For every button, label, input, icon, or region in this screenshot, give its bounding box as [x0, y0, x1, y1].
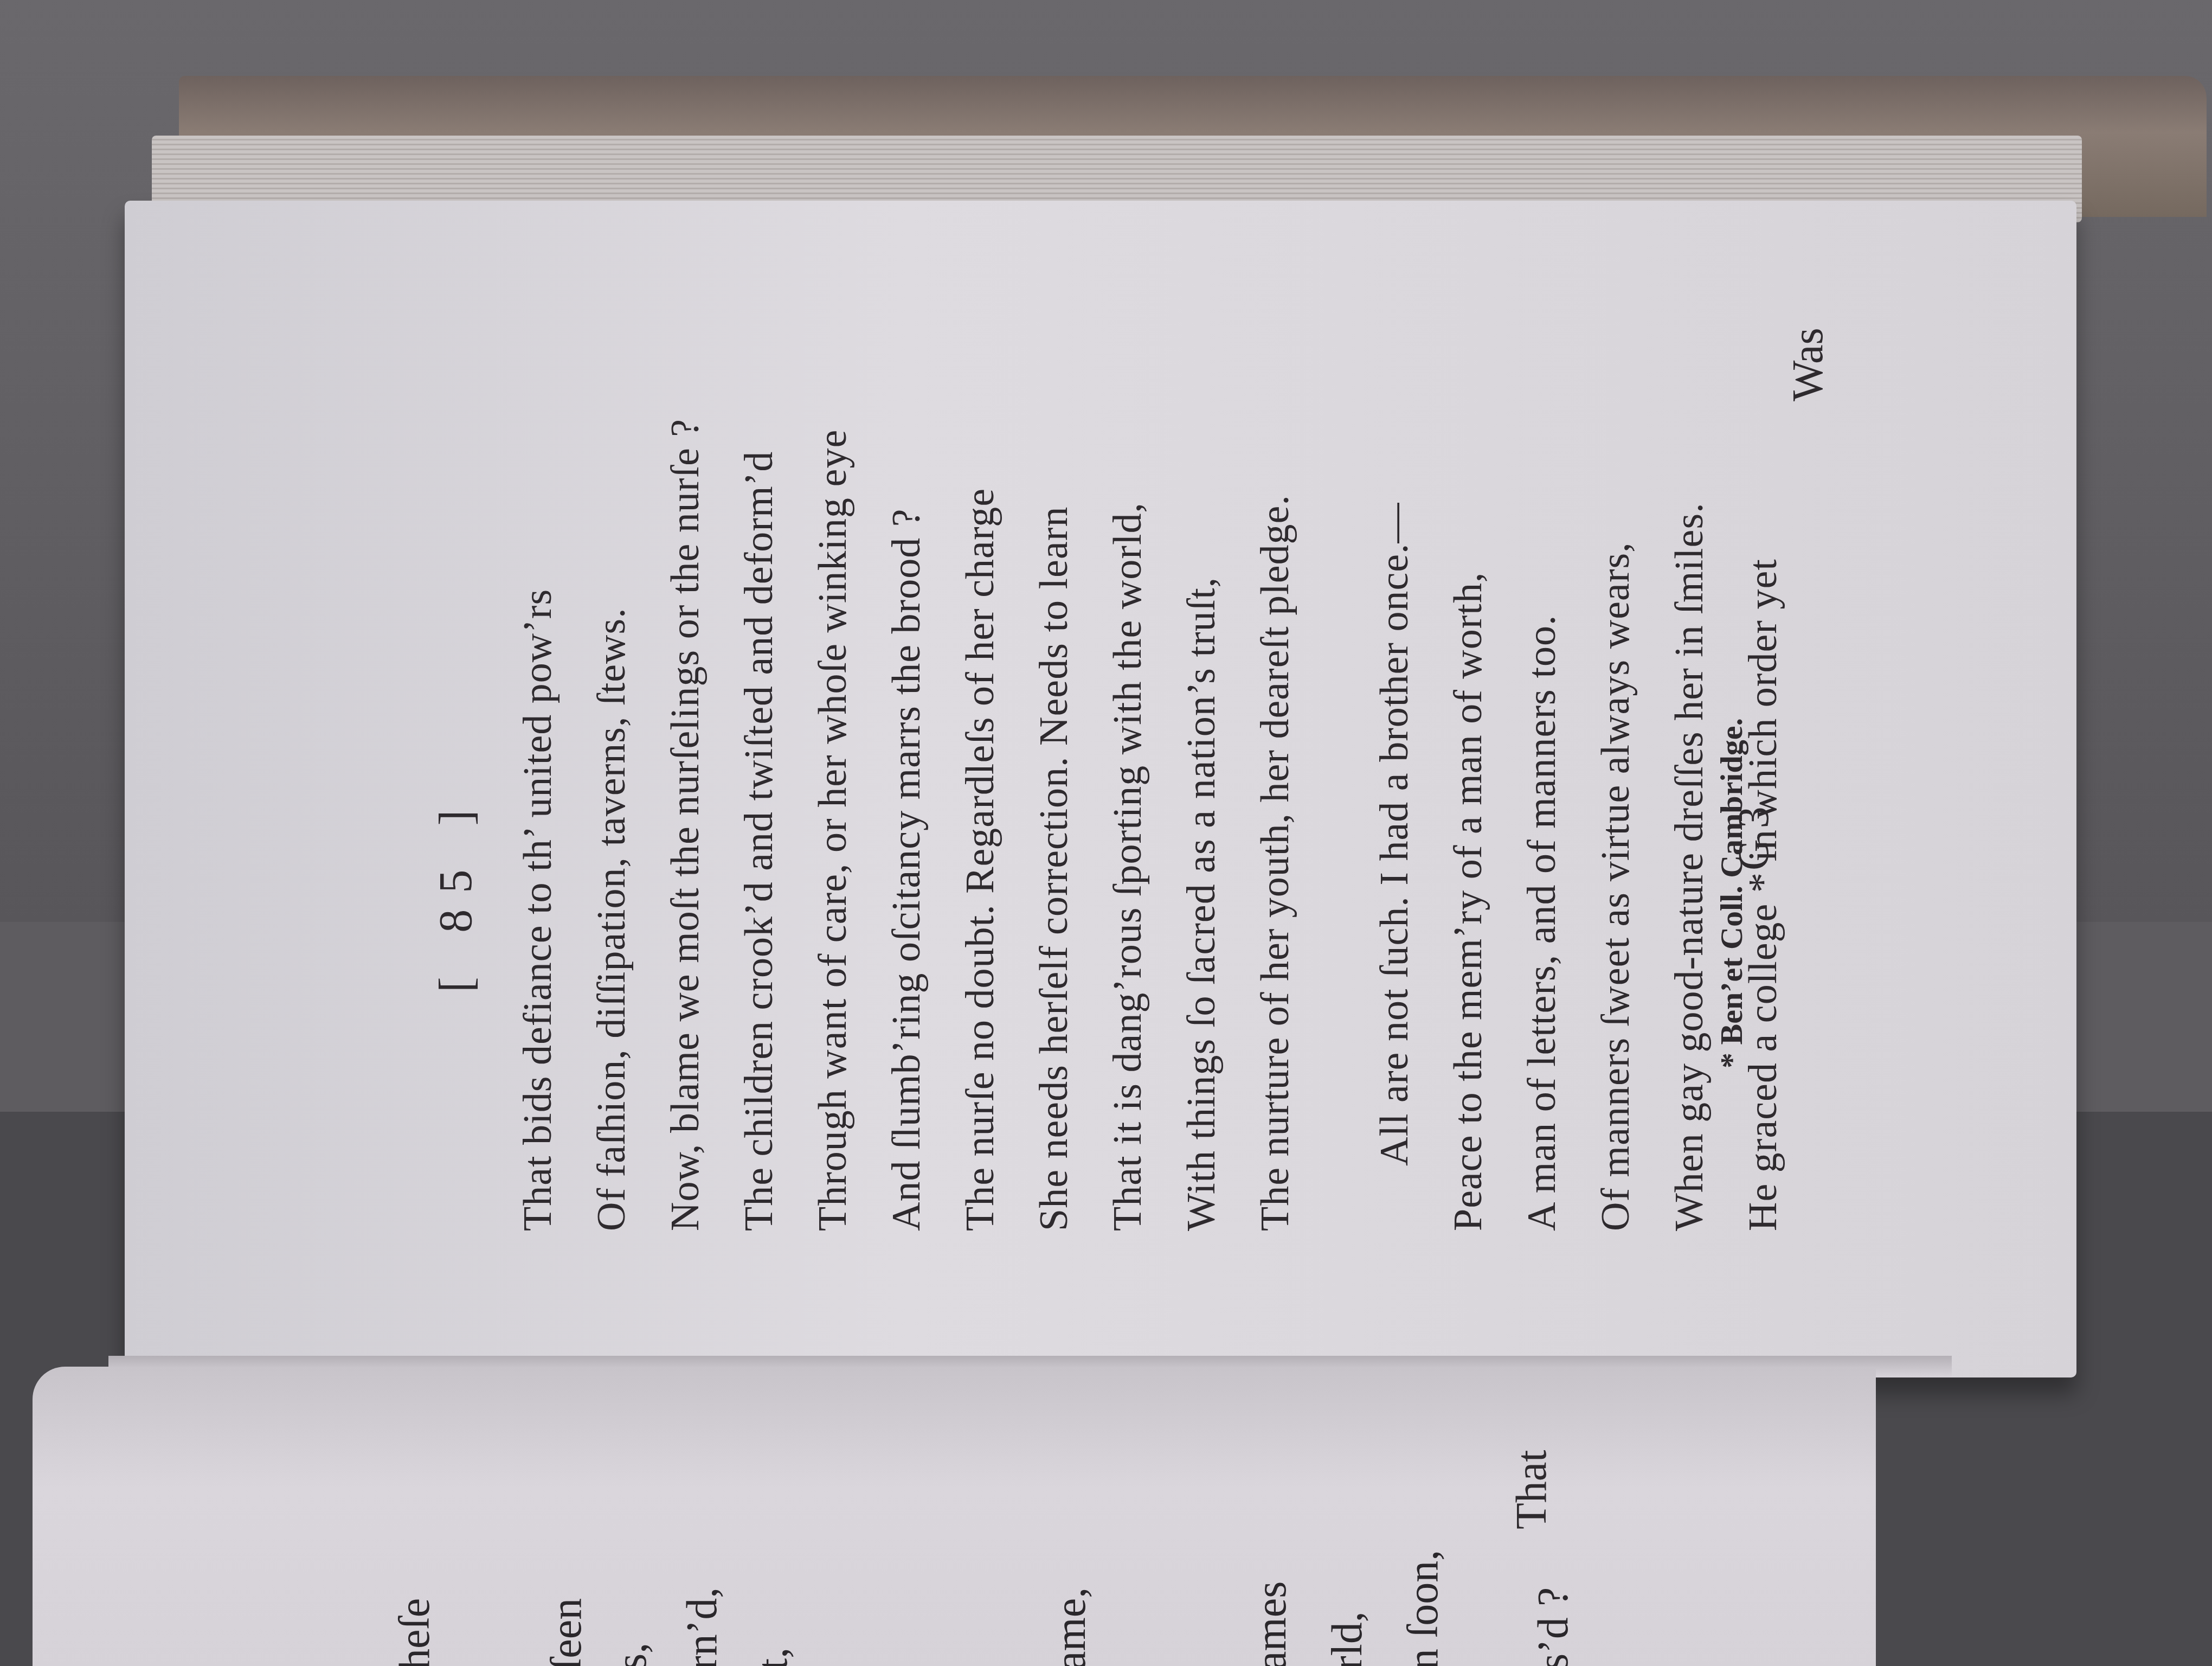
verse-line: All are not ſuch. I had a brother once.—	[1372, 502, 1418, 1166]
verse-line: A man of letters, and of manners too.	[1519, 615, 1565, 1231]
footnote: * Ben’et Coll. Cambridge.	[1713, 718, 1750, 1068]
left-page-fragment: rld,	[1323, 1611, 1372, 1666]
left-page-fragment: s,	[607, 1643, 657, 1666]
verse-line: With things ſo ſacred as a nation’s truſ…	[1179, 577, 1225, 1231]
verse-line: The nurſe no doubt. Regardleſs of her ch…	[957, 488, 1004, 1231]
verse-line: And ſlumb’ring oſcitancy marrs the brood…	[884, 508, 930, 1231]
verse-line: Of faſhion, diſſipation, taverns, ſtews.	[589, 607, 635, 1231]
running-head: [ 85 ]	[428, 794, 483, 992]
left-page-fragment: rn’d,	[678, 1587, 727, 1666]
left-page-fragment: t,	[748, 1648, 798, 1666]
left-page-fragment: n ſoon,	[1399, 1550, 1448, 1666]
left-page-fragment: heſe	[390, 1598, 440, 1666]
verse-line: She needs herſelf correction. Needs to l…	[1031, 507, 1077, 1231]
verse-line: Of manners ſweet as virtue always wears,	[1593, 542, 1639, 1231]
signature-mark: G 3	[1729, 806, 1779, 870]
verse-line: That bids defiance to th’ united pow’rs	[515, 589, 561, 1231]
verse-line: Peace to the mem’ry of a man of worth,	[1445, 572, 1491, 1231]
verse-line: Through want of care, or her whoſe winki…	[810, 430, 856, 1231]
verse-line: The nurture of her youth, her deareſt pl…	[1252, 495, 1298, 1231]
left-catchword: That	[1507, 1450, 1557, 1529]
left-page-fragment: s’d ?	[1529, 1587, 1578, 1666]
verse-line: That it is dang’rous ſporting with the w…	[1105, 502, 1151, 1231]
verse-line: The children crook’d and twiſted and def…	[736, 451, 782, 1231]
left-page-fragment: ame,	[1046, 1587, 1096, 1666]
left-page-fragment: ſeen	[542, 1598, 591, 1666]
left-page: heſe ſeen s, rn’d, t, ame, ames rld, n ſ…	[33, 1367, 1876, 1666]
catchword: Was	[1784, 328, 1833, 401]
verse-line: Now, blame we moſt the nurſelings or the…	[663, 419, 709, 1231]
right-page: [ 85 ] That bids defiance to th’ united …	[125, 201, 2076, 1377]
left-page-fragment: ames	[1247, 1581, 1296, 1666]
verse-line: When gay good-nature dreſſes her in ſmil…	[1667, 502, 1713, 1231]
